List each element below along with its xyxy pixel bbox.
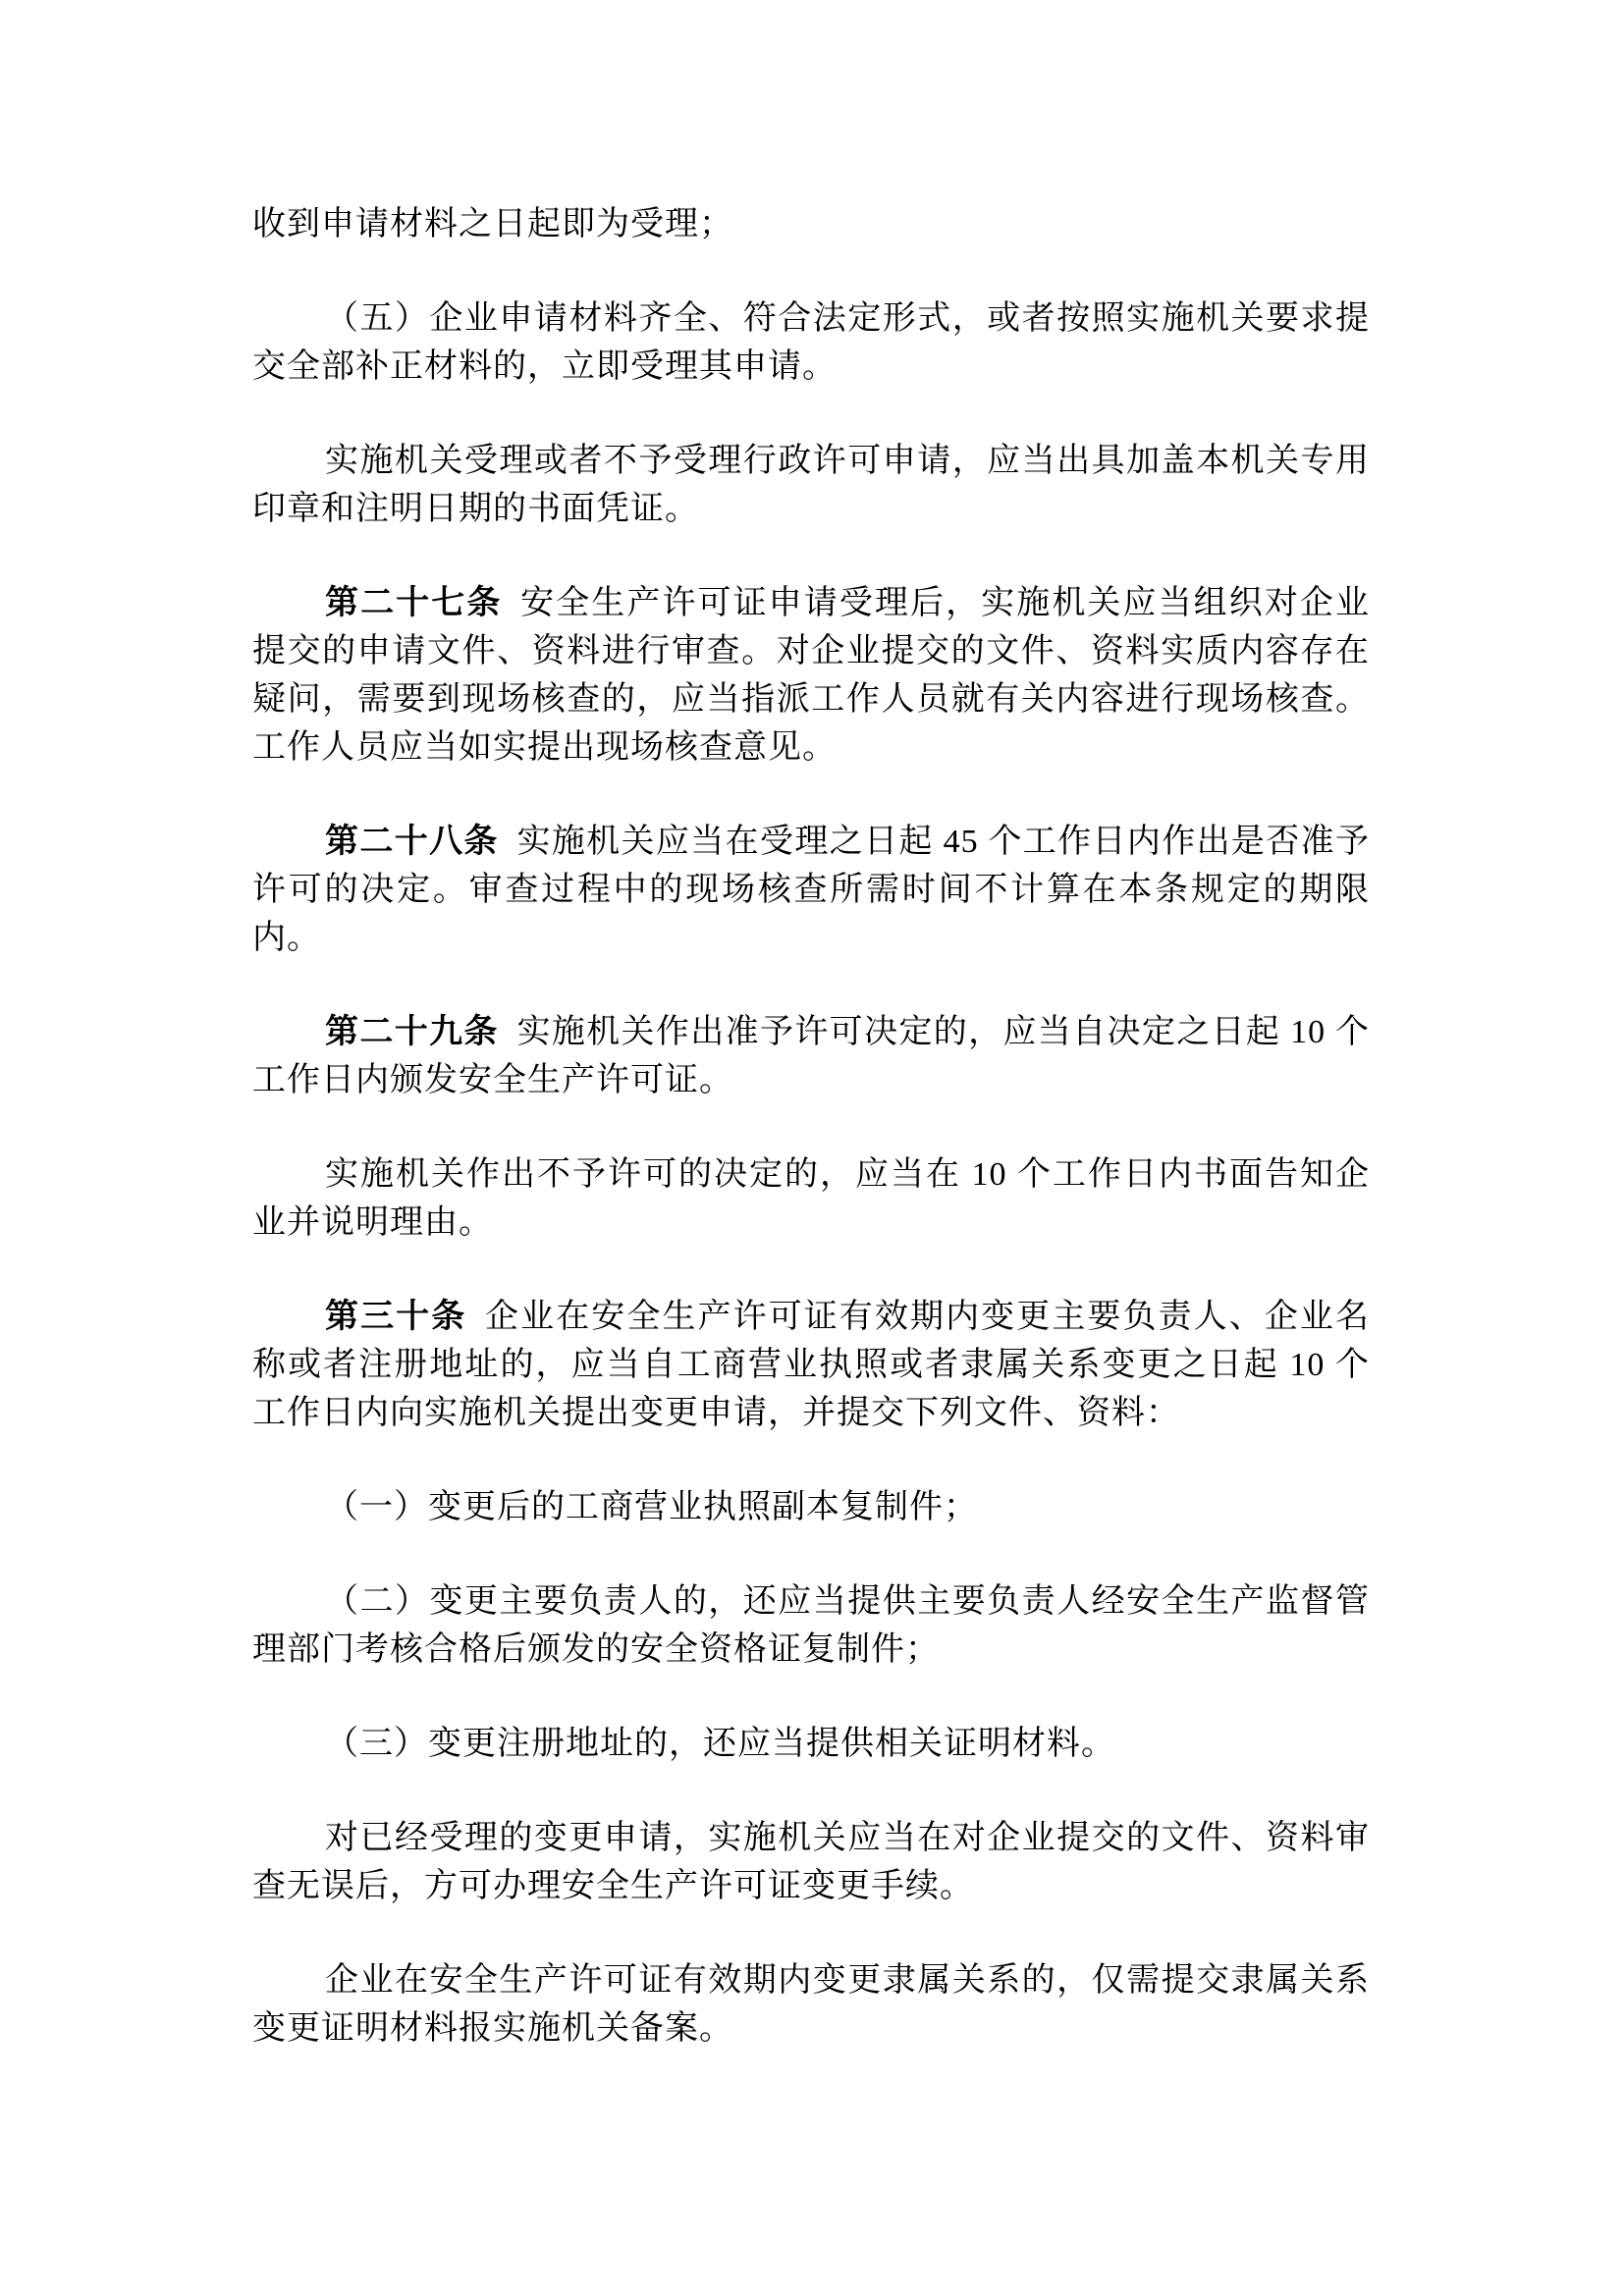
paragraph-text: （三）变更注册地址的，还应当提供相关证明材料。 [325,1726,1115,1762]
article-number-29: 第二十九条 [325,1014,499,1050]
article-number-28: 第二十八条 [325,824,499,860]
paragraph: （二）变更主要负责人的，还应当提供主要负责人经安全生产监督管理部门考核合格后颁发… [252,1577,1370,1674]
paragraph-text: 实施机关作出不予许可的决定的，应当在 10 个工作日内书面告知企业并说明理由。 [252,1156,1370,1241]
article-number-27: 第二十七条 [325,585,502,621]
paragraph: （一）变更后的工商营业执照副本复制件； [252,1483,1370,1531]
paragraph: 第二十九条实施机关作出准予许可决定的，应当自决定之日起 10 个工作日内颁发安全… [252,1008,1370,1104]
paragraph: （三）变更注册地址的，还应当提供相关证明材料。 [252,1720,1370,1768]
paragraph: 第二十八条实施机关应当在受理之日起 45 个工作日内作出是否准予许可的决定。审查… [252,818,1370,962]
paragraph-text: 收到申请材料之日起即为受理； [252,206,733,242]
paragraph-text: （一）变更后的工商营业执照副本复制件； [325,1489,978,1525]
paragraph: 第三十条企业在安全生产许可证有效期内变更主要负责人、企业名称或者注册地址的，应当… [252,1293,1370,1437]
paragraph-text: （五）企业申请材料齐全、符合法定形式，或者按照实施机关要求提交全部补正材料的，立… [252,300,1370,385]
paragraph-text: （二）变更主要负责人的，还应当提供主要负责人经安全生产监督管理部门考核合格后颁发… [252,1583,1370,1668]
paragraph: 第二十七条安全生产许可证申请受理后，实施机关应当组织对企业提交的申请文件、资料进… [252,579,1370,772]
paragraph: 收到申请材料之日起即为受理； [252,200,1370,248]
paragraph: 实施机关受理或者不予受理行政许可申请，应当出具加盖本机关专用印章和注明日期的书面… [252,437,1370,533]
article-number-30: 第三十条 [325,1299,466,1335]
document-page: 收到申请材料之日起即为受理； （五）企业申请材料齐全、符合法定形式，或者按照实施… [0,0,1624,2296]
paragraph: 对已经受理的变更申请，实施机关应当在对企业提交的文件、资料审查无误后，方可办理安… [252,1814,1370,1910]
paragraph-text: 对已经受理的变更申请，实施机关应当在对企业提交的文件、资料审查无误后，方可办理安… [252,1820,1370,1904]
paragraph: （五）企业申请材料齐全、符合法定形式，或者按照实施机关要求提交全部补正材料的，立… [252,294,1370,391]
paragraph-text: 实施机关受理或者不予受理行政许可申请，应当出具加盖本机关专用印章和注明日期的书面… [252,443,1370,527]
paragraph: 实施机关作出不予许可的决定的，应当在 10 个工作日内书面告知企业并说明理由。 [252,1150,1370,1247]
paragraph-text: 企业在安全生产许可证有效期内变更隶属关系的，仅需提交隶属关系变更证明材料报实施机… [252,1962,1370,2047]
paragraph: 企业在安全生产许可证有效期内变更隶属关系的，仅需提交隶属关系变更证明材料报实施机… [252,1956,1370,2053]
